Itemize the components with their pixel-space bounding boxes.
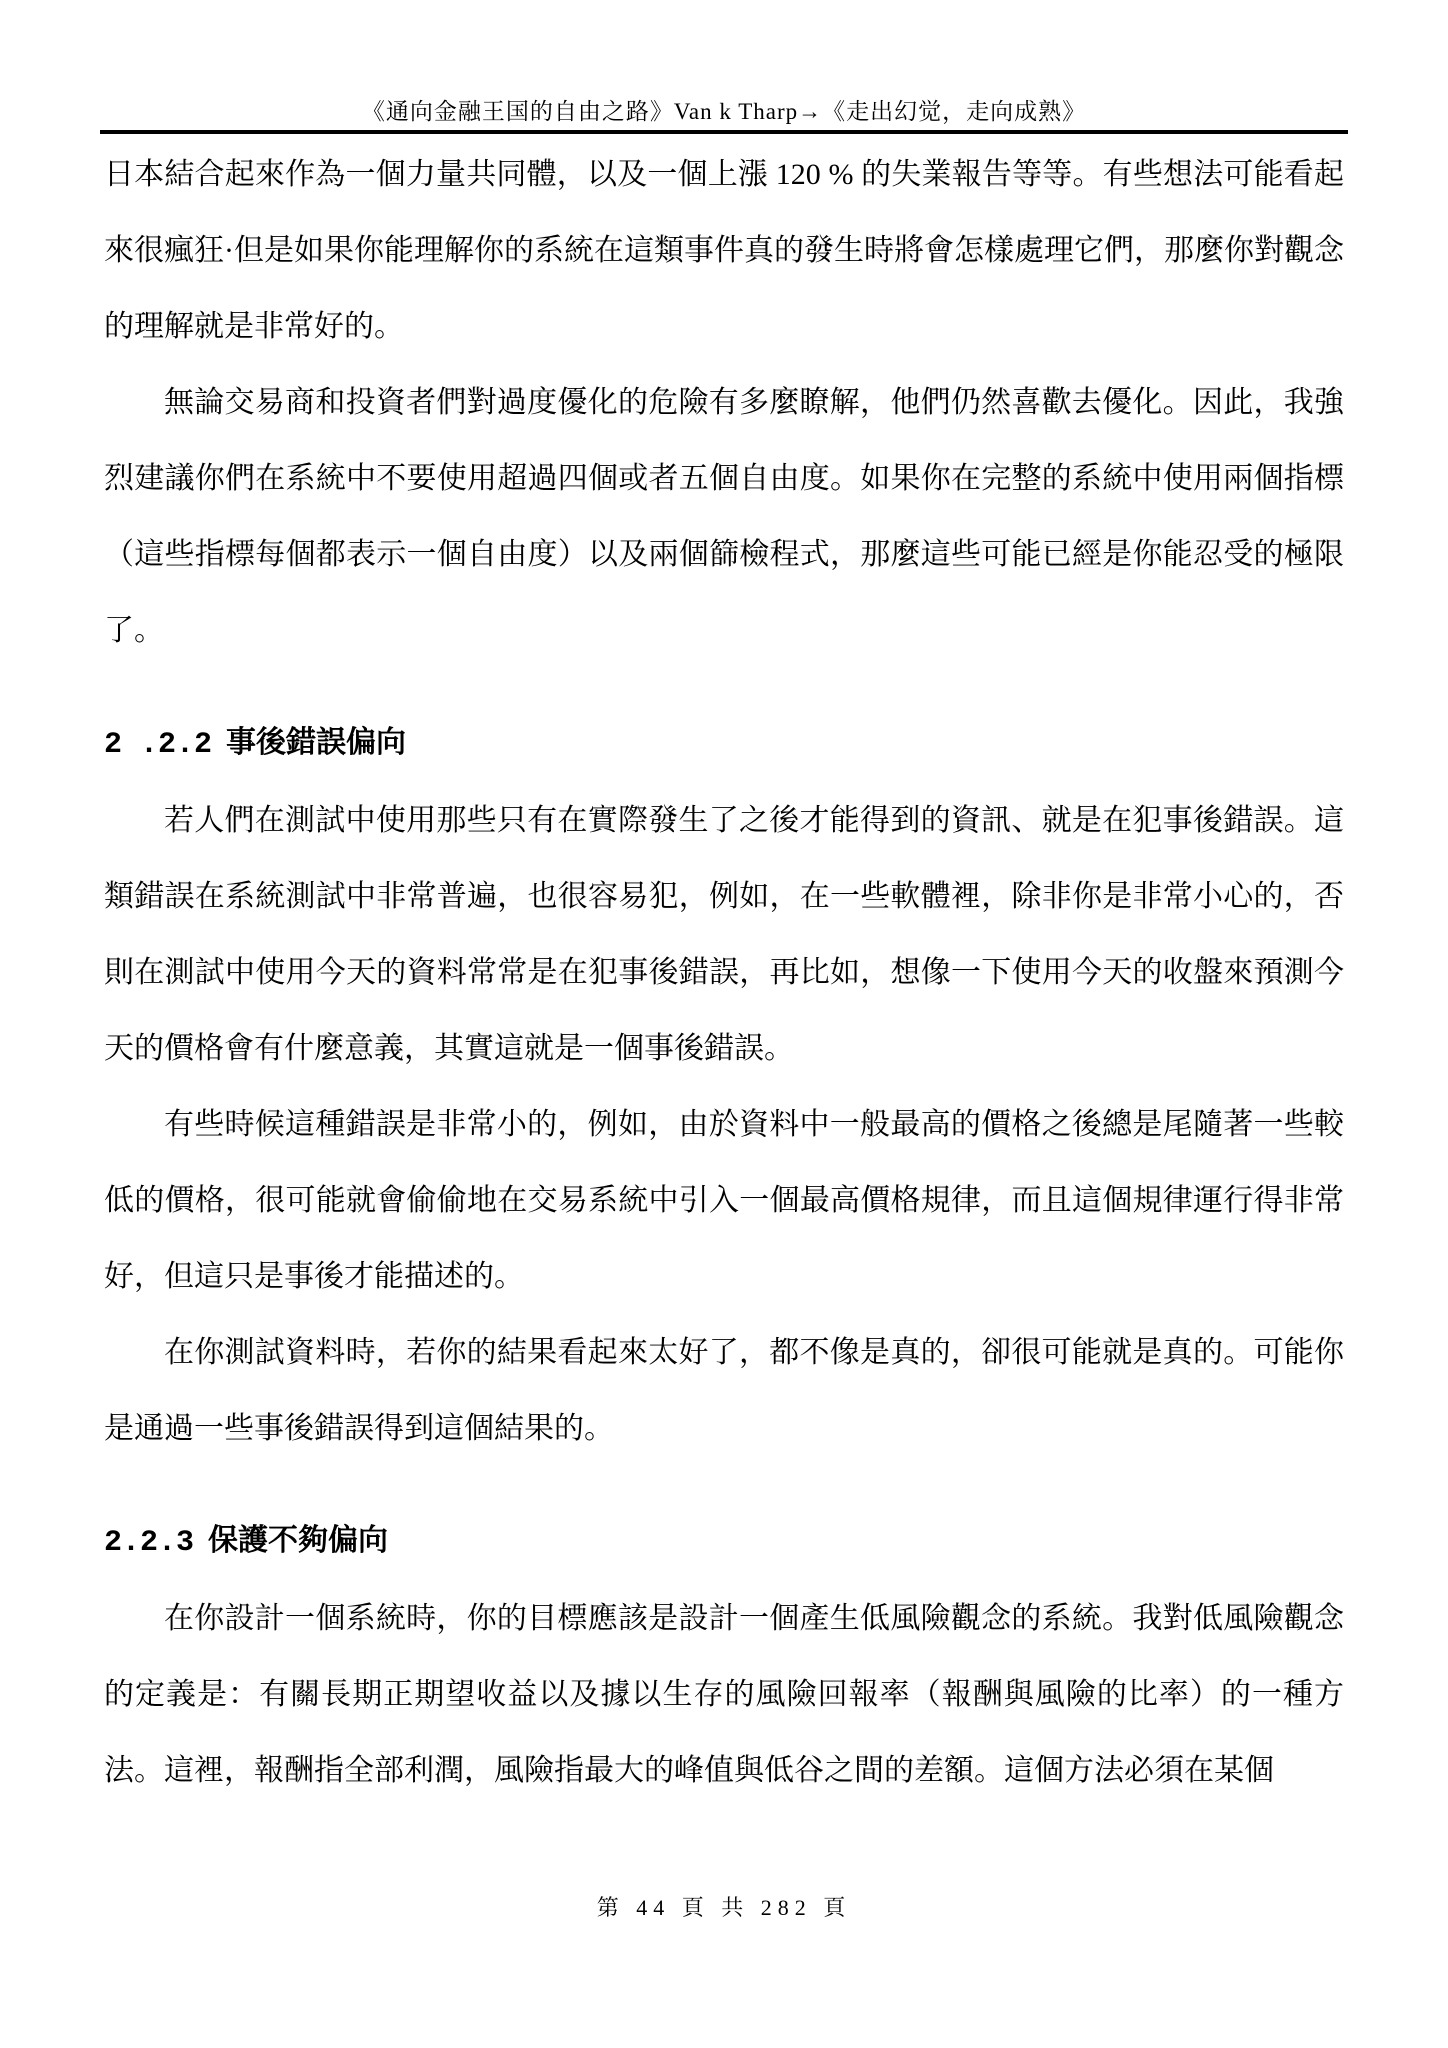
page-number-footer: 第 44 頁 共 282 頁: [104, 1893, 1344, 1923]
section-number: 2.2.3: [104, 1526, 194, 1560]
section-number: 2 .2.2: [104, 728, 212, 762]
running-header: 《通向金融王国的自由之路》Van k Tharp→《走出幻觉，走向成熟》: [104, 98, 1344, 126]
paragraph-postdictive-1: 若人們在測試中使用那些只有在實際發生了之後才能得到的資訊、就是在犯事後錯誤。這類…: [104, 783, 1344, 1087]
section-heading-2-2-2: 2 .2.2事後錯誤偏向: [104, 705, 1344, 783]
header-rule: [100, 130, 1348, 134]
section-heading-2-2-3: 2.2.3保護不夠偏向: [104, 1503, 1344, 1581]
paragraph-protection: 在你設計一個系統時，你的目標應該是設計一個產生低風險觀念的系統。我對低風險觀念的…: [104, 1581, 1344, 1809]
paragraph-optimization: 無論交易商和投資者們對過度優化的危險有多麼瞭解，他們仍然喜歡去優化。因此，我強烈…: [104, 365, 1344, 669]
paragraph-postdictive-2: 有些時候這種錯誤是非常小的，例如，由於資料中一般最高的價格之後總是尾隨著一些較低…: [104, 1087, 1344, 1315]
section-title: 事後錯誤偏向: [226, 726, 406, 759]
document-page: 《通向金融王国的自由之路》Van k Tharp→《走出幻觉，走向成熟》 日本結…: [0, 0, 1448, 2048]
paragraph-postdictive-3: 在你測試資料時，若你的結果看起來太好了，都不像是真的，卻很可能就是真的。可能你是…: [104, 1315, 1344, 1467]
section-title: 保護不夠偏向: [208, 1524, 388, 1557]
paragraph-intro-continuation: 日本結合起來作為一個力量共同體，以及一個上漲 120 % 的失業報告等等。有些想…: [104, 137, 1344, 365]
page-body: 日本結合起來作為一個力量共同體，以及一個上漲 120 % 的失業報告等等。有些想…: [104, 137, 1344, 1809]
